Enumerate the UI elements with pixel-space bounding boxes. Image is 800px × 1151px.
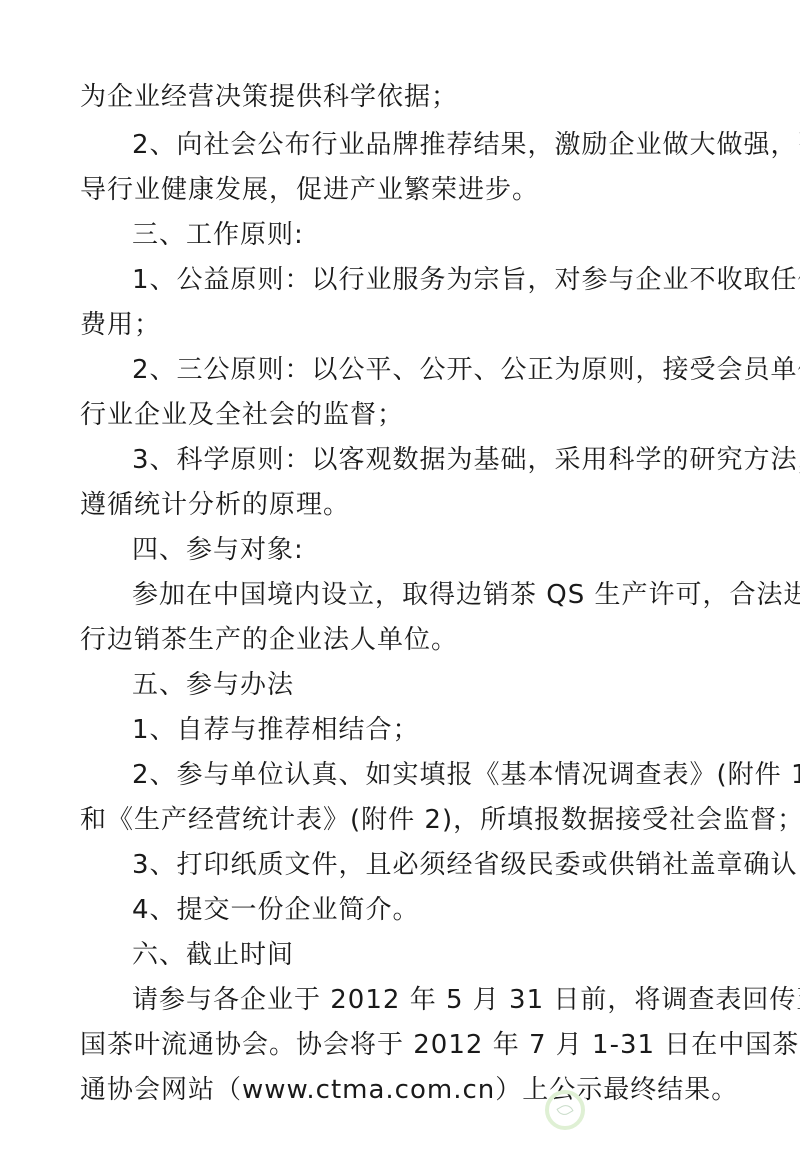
text-line: 1、自荐与推荐相结合； [132, 713, 420, 747]
section-heading: 六、截止时间 [132, 938, 294, 972]
text-line: 通协会网站（www.ctma.com.cn）上公示最终结果。 [80, 1073, 738, 1107]
text-line: 3、科学原则：以客观数据为基础，采用科学的研究方法， [132, 443, 800, 477]
text-line: 行业企业及全社会的监督； [80, 398, 404, 432]
text-line: 4、提交一份企业简介。 [132, 893, 420, 927]
tea-leaf-seal-icon [545, 1090, 585, 1130]
text-line: 为企业经营决策提供科学依据； [80, 80, 458, 114]
section-heading: 五、参与办法 [132, 668, 294, 702]
text-line: 2、三公原则：以公平、公开、公正为原则，接受会员单位、 [132, 353, 800, 387]
section-heading: 三、工作原则: [132, 218, 304, 252]
text-line: 3、打印纸质文件，且必须经省级民委或供销社盖章确认； [132, 848, 800, 882]
text-line: 参加在中国境内设立，取得边销茶 QS 生产许可，合法进 [132, 578, 800, 612]
text-line: 和《生产经营统计表》(附件 2)，所填报数据接受社会监督； [80, 803, 800, 837]
leaf-icon [556, 1102, 573, 1118]
section-heading: 四、参与对象: [132, 533, 304, 567]
text-line: 请参与各企业于 2012 年 5 月 31 日前，将调查表回传至中 [132, 983, 800, 1017]
text-line: 1、公益原则：以行业服务为宗旨，对参与企业不收取任何 [132, 263, 800, 297]
text-line: 2、参与单位认真、如实填报《基本情况调查表》(附件 1) [132, 758, 800, 792]
text-line: 费用； [80, 308, 161, 342]
text-line: 导行业健康发展，促进产业繁荣进步。 [80, 173, 539, 207]
text-line: 行边销茶生产的企业法人单位。 [80, 623, 458, 657]
text-line: 国茶叶流通协会。协会将于 2012 年 7 月 1-31 日在中国茶叶流 [80, 1028, 800, 1062]
text-line: 2、向社会公布行业品牌推荐结果，激励企业做大做强，引 [132, 128, 800, 162]
text-line: 遵循统计分析的原理。 [80, 488, 350, 522]
document-page: 为企业经营决策提供科学依据； 2、向社会公布行业品牌推荐结果，激励企业做大做强，… [0, 0, 800, 1151]
